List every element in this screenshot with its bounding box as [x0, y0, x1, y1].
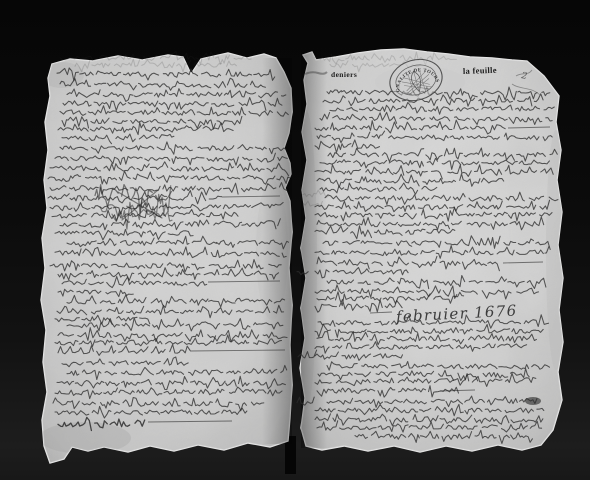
right-binding-shadow — [301, 50, 327, 448]
stain — [40, 62, 84, 88]
paper-grain-texture — [0, 0, 590, 480]
manuscript-scan: deniers la feuille GNALITE DE TOURS 2 fe… — [0, 0, 590, 480]
left-binding-shadow — [262, 58, 292, 444]
stain — [39, 422, 131, 454]
printed-tax-rate-fragment: deniers — [331, 70, 357, 79]
printed-la-feuille-fragment: la feuille — [463, 65, 497, 76]
scan-canvas: deniers la feuille GNALITE DE TOURS 2 fe… — [0, 0, 590, 480]
stain — [546, 130, 566, 370]
